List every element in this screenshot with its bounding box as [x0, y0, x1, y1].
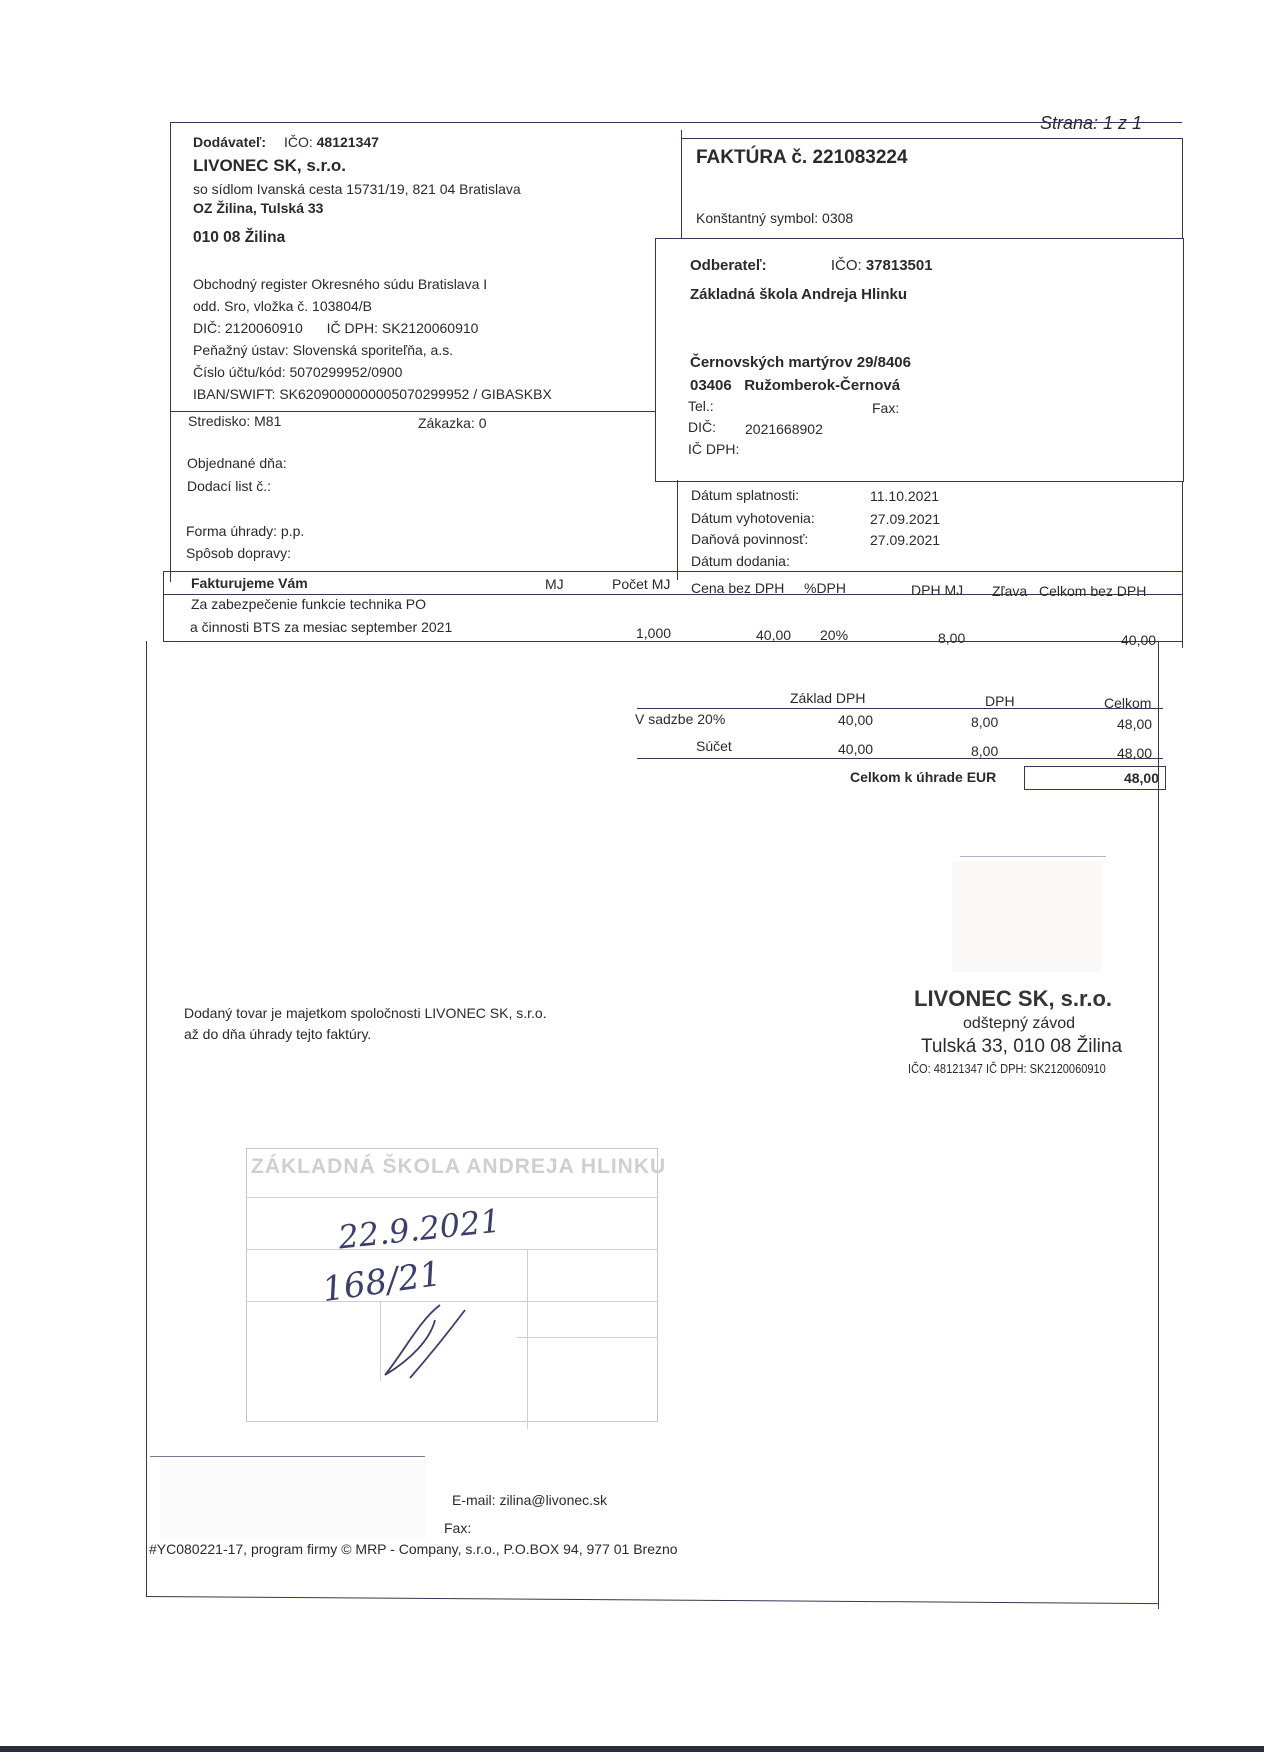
supplier-divider: [170, 411, 655, 412]
invoice-box-top: [681, 138, 1182, 139]
supplier-dic: DIČ: 2120060910: [193, 320, 303, 336]
items-header-bottom: [163, 594, 1182, 595]
date-label: Dátum vyhotovenia:: [691, 510, 815, 526]
supplier-name: LIVONEC SK, s.r.o.: [193, 156, 346, 176]
date-label: Daňová povinnosť:: [691, 531, 808, 547]
footer-blank-area: [160, 1460, 425, 1540]
shipping-method: Spôsob dopravy:: [186, 545, 291, 561]
items-table-top: [163, 571, 1182, 572]
stamp-address: Tulská 33, 010 08 Žilina: [921, 1036, 1122, 1058]
invoice-title: FAKTÚRA č. 221083224: [696, 147, 908, 169]
signature-area: [952, 862, 1102, 972]
col-price: Cena bez DPH: [691, 580, 784, 596]
date-value: 27.09.2021: [870, 532, 940, 548]
supplier-branch: OZ Žilina, Tulská 33: [193, 200, 323, 216]
supplier-register: Obchodný register Okresného súdu Bratisl…: [193, 276, 487, 292]
invoice-divider: [681, 130, 682, 240]
delivery-note: Dodací list č.:: [187, 478, 271, 494]
vat-row-base: 40,00: [838, 712, 873, 728]
customer-dic-label: DIČ:: [688, 419, 716, 435]
row-price: 40,00: [756, 627, 791, 643]
vat-row-total: 48,00: [1117, 716, 1152, 732]
frame-top: [170, 122, 1182, 123]
payment-method: Forma úhrady: p.p.: [186, 523, 304, 539]
date-label: Dátum dodania:: [691, 553, 790, 569]
vat-row-vat: 8,00: [971, 714, 998, 730]
supplier-bank: Peňažný ústav: Slovenská sporiteľňa, a.s…: [193, 342, 453, 358]
dates-divider: [677, 480, 678, 580]
col-total: Celkom bez DPH: [1039, 583, 1146, 599]
footer-left-line: [150, 1456, 425, 1457]
frame-bottom: [146, 1596, 1158, 1604]
customer-name: Základná škola Andreja Hlinku: [690, 286, 907, 303]
supplier-register-section: odd. Sro, vložka č. 103804/B: [193, 298, 372, 314]
row-total: 40,00: [1121, 632, 1156, 648]
signature-line: [960, 856, 1106, 857]
receipt-stamp: ZÁKLADNÁ ŠKOLA ANDREJA HLINKU: [246, 1148, 658, 1422]
customer-city: 03406 Ružomberok-Černová: [690, 377, 900, 394]
customer-street: Černovských martýrov 29/8406: [690, 354, 911, 371]
ownership-note-2: až do dňa úhrady tejto faktúry.: [184, 1026, 371, 1042]
vat-sum-label: Súčet: [696, 738, 732, 754]
vat-sum-line: [637, 758, 1163, 759]
row-description-1: Za zabezpečenie funkcie technika PO: [191, 596, 426, 612]
page-indicator: Strana: 1 z 1: [1040, 113, 1142, 134]
customer-tel: Tel.:: [688, 398, 714, 414]
vat-sum-base: 40,00: [838, 741, 873, 757]
supplier-label: Dodávateľ:: [193, 134, 266, 150]
grand-total-value: 48,00: [1124, 770, 1159, 786]
customer-ico-label: IČO:: [831, 257, 862, 274]
receipt-stamp-header: ZÁKLADNÁ ŠKOLA ANDREJA HLINKU: [251, 1155, 666, 1179]
customer-ico: 37813501: [866, 257, 933, 274]
vat-header-base: Základ DPH: [790, 690, 865, 706]
grand-total-label: Celkom k úhrade EUR: [850, 769, 996, 785]
constant-symbol: Konštantný symbol: 0308: [696, 210, 853, 226]
row-vat-unit: 8,00: [938, 630, 965, 646]
col-unit: MJ: [545, 576, 564, 592]
vat-row-label: V sadzbe 20%: [635, 711, 725, 727]
footer-software: #YC080221-17, program firmy © MRP - Comp…: [149, 1541, 678, 1557]
center: Stredisko: M81: [188, 413, 281, 429]
col-vat-unit: DPH MJ: [911, 582, 963, 598]
col-description: Fakturujeme Vám: [191, 575, 308, 591]
vat-sum-vat: 8,00: [971, 743, 998, 759]
supplier-city: 010 08 Žilina: [193, 229, 285, 247]
items-left: [163, 571, 164, 641]
footer-fax: Fax:: [444, 1520, 471, 1536]
customer-label: Odberateľ:: [690, 257, 767, 274]
frame-right-lower: [1158, 641, 1159, 1609]
col-vat-pct: %DPH: [804, 580, 846, 596]
stamp-company-name: LIVONEC SK, s.r.o.: [914, 986, 1112, 1012]
grand-total-box: 48,00: [1024, 766, 1166, 790]
col-qty: Počet MJ: [612, 576, 670, 592]
frame-left-lower: [146, 641, 147, 1596]
customer-ic-dph: IČ DPH:: [688, 441, 739, 457]
footer-email: E-mail: zilina@livonec.sk: [452, 1492, 607, 1508]
supplier-account: Číslo účtu/kód: 5070299952/0900: [193, 364, 402, 380]
supplier-iban: IBAN/SWIFT: SK6209000000005070299952 / G…: [193, 386, 552, 402]
job: Zákazka: 0: [418, 415, 486, 431]
ordered-on: Objednané dňa:: [187, 455, 287, 471]
vat-header-vat: DPH: [985, 693, 1015, 709]
scan-edge: [0, 1746, 1264, 1752]
date-value: 11.10.2021: [870, 488, 939, 504]
customer-fax: Fax:: [872, 400, 899, 416]
col-discount: Zľava: [992, 583, 1027, 599]
supplier-ic-dph: IČ DPH: SK2120060910: [327, 320, 479, 336]
handwritten-signature: [380, 1300, 470, 1380]
vat-header-line: [637, 708, 1163, 709]
stamp-subtitle: odštepný závod: [963, 1015, 1075, 1033]
customer-dic: 2021668902: [745, 421, 823, 437]
frame-left-upper: [170, 122, 171, 582]
supplier-seat: so sídlom Ivanská cesta 15731/19, 821 04…: [193, 181, 521, 197]
row-description-2: a činnosti BTS za mesiac september 2021: [190, 619, 452, 635]
stamp-ids: IČO: 48121347 IČ DPH: SK2120060910: [908, 1061, 1106, 1076]
supplier-ico: 48121347: [317, 134, 379, 150]
ownership-note-1: Dodaný tovar je majetkom spoločnosti LIV…: [184, 1005, 547, 1021]
items-table-bottom: [163, 641, 1182, 642]
row-qty: 1,000: [636, 625, 671, 641]
date-label: Dátum splatnosti:: [691, 487, 799, 503]
date-value: 27.09.2021: [870, 511, 940, 527]
supplier-ico-label: IČO:: [284, 134, 313, 150]
row-vat-pct: 20%: [820, 627, 848, 643]
